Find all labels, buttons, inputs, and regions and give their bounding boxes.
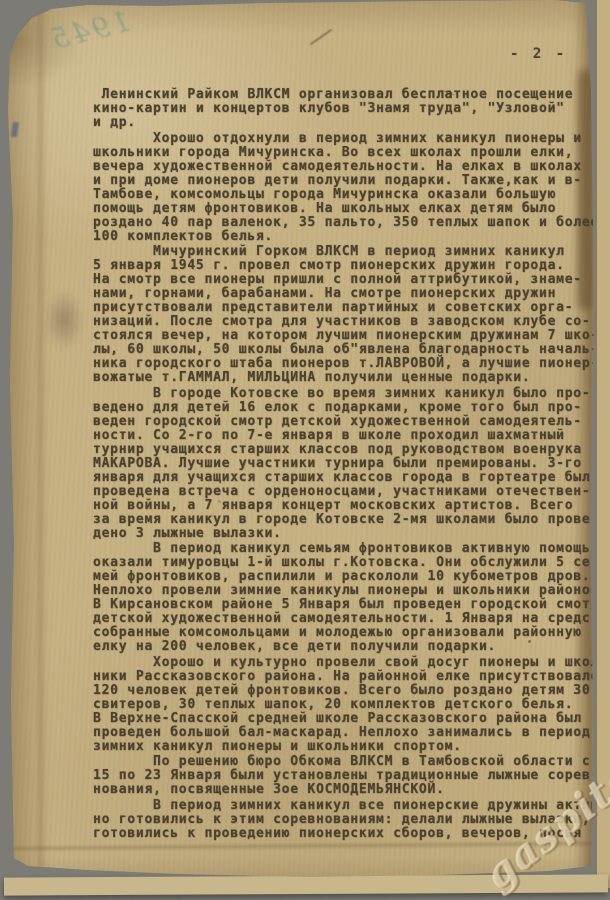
paragraph: Хорошо и культурно провели свой досуг пи… bbox=[93, 656, 599, 754]
scanned-archival-document: 1945 - 2 - Ленинский Райком ВЛКСМ органи… bbox=[0, 0, 610, 900]
paragraph: В городе Котовске во время зимних канику… bbox=[93, 387, 599, 541]
underlying-page-right-edge bbox=[596, 0, 610, 888]
paragraph: В период каникул семьям фронтовиков акти… bbox=[93, 542, 599, 654]
paragraph: Мичуринский Горком ВЛКСМ в период зимних… bbox=[93, 245, 599, 385]
page-number: - 2 - bbox=[510, 46, 567, 62]
typewritten-text: Ленинский Райком ВЛКСМ организовал беспл… bbox=[93, 88, 599, 842]
blue-pencil-mark bbox=[11, 122, 19, 138]
torn-left-edge bbox=[38, 0, 43, 892]
handwritten-archival-mark: 1945 bbox=[46, 6, 134, 55]
document-page: 1945 - 2 - Ленинский Райком ВЛКСМ органи… bbox=[8, 0, 600, 892]
paper-blemish bbox=[310, 29, 332, 46]
paragraph: По решению бюро Обкома ВЛКСМ в Тамбовско… bbox=[93, 755, 599, 797]
paragraph: Ленинский Райком ВЛКСМ организовал беспл… bbox=[93, 88, 599, 130]
paragraph: Хорошо отдохнули в период зимних каникул… bbox=[93, 132, 599, 244]
ink-smudge bbox=[44, 290, 84, 350]
